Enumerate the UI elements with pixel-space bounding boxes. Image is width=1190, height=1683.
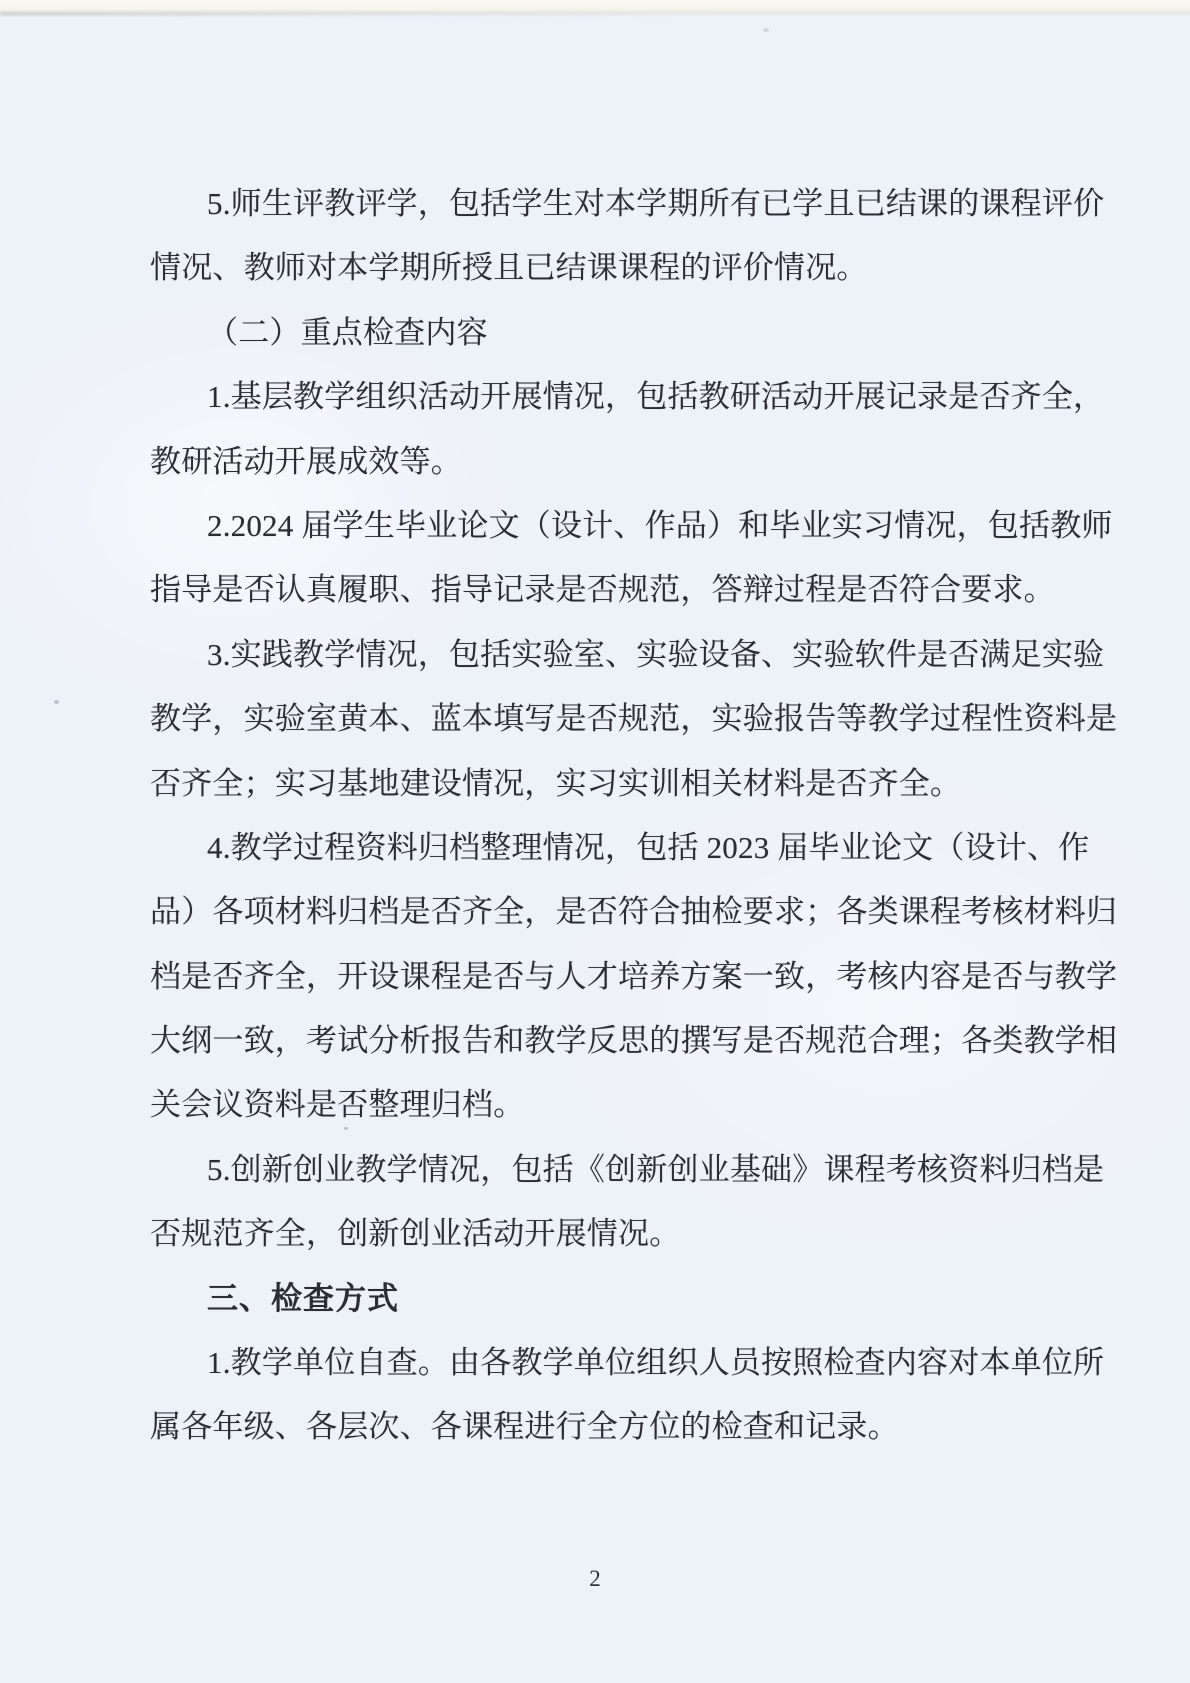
scan-speck [344, 1127, 348, 1130]
text-line: 教学，实验室黄本、蓝本填写是否规范，实验报告等教学过程性资料是 [150, 687, 1052, 751]
text-line: 属各年级、各层次、各课程进行全方位的检查和记录。 [150, 1395, 1052, 1459]
text-line: 1.教学单位自查。由各教学单位组织人员按照检查内容对本单位所 [150, 1331, 1052, 1395]
text-line: 大纲一致，考试分析报告和教学反思的撰写是否规范合理；各类教学相 [150, 1009, 1052, 1073]
text-line: 5.创新创业教学情况，包括《创新创业基础》课程考核资料归档是 [150, 1138, 1052, 1202]
text-line: 指导是否认真履职、指导记录是否规范，答辩过程是否符合要求。 [150, 558, 1052, 622]
text-line: 1.基层教学组织活动开展情况，包括教研活动开展记录是否齐全， [150, 365, 1052, 429]
page-number: 2 [0, 1566, 1190, 1592]
scan-speck [187, 456, 191, 460]
text-line: 3.实践教学情况，包括实验室、实验设备、实验软件是否满足实验 [150, 623, 1052, 687]
text-line: 否齐全；实习基地建设情况，实习实训相关材料是否齐全。 [150, 752, 1052, 816]
scan-speck [763, 28, 769, 32]
text-line: 情况、教师对本学期所授且已结课课程的评价情况。 [150, 236, 1052, 300]
scan-speck [54, 700, 59, 704]
text-line: 4.教学过程资料归档整理情况，包括 2023 届毕业论文（设计、作 [150, 816, 1052, 880]
text-line: 教研活动开展成效等。 [150, 430, 1052, 494]
text-line: 5.师生评教评学，包括学生对本学期所有已学且已结课的课程评价 [150, 172, 1052, 236]
text-line: 2.2024 届学生毕业论文（设计、作品）和毕业实习情况，包括教师 [150, 494, 1052, 558]
scan-speck [698, 978, 701, 981]
text-line: 三、检查方式 [150, 1267, 1052, 1331]
text-line: （二）重点检查内容 [150, 301, 1052, 365]
scan-streak [0, 12, 738, 16]
document-page: 5.师生评教评学，包括学生对本学期所有已学且已结课的课程评价情况、教师对本学期所… [0, 0, 1190, 1683]
text-line: 关会议资料是否整理归档。 [150, 1073, 1052, 1137]
text-line: 否规范齐全，创新创业活动开展情况。 [150, 1202, 1052, 1266]
text-line: 档是否齐全，开设课程是否与人才培养方案一致，考核内容是否与教学 [150, 945, 1052, 1009]
document-body: 5.师生评教评学，包括学生对本学期所有已学且已结课的课程评价情况、教师对本学期所… [150, 172, 1052, 1460]
text-line: 品）各项材料归档是否齐全，是否符合抽检要求；各类课程考核材料归 [150, 880, 1052, 944]
